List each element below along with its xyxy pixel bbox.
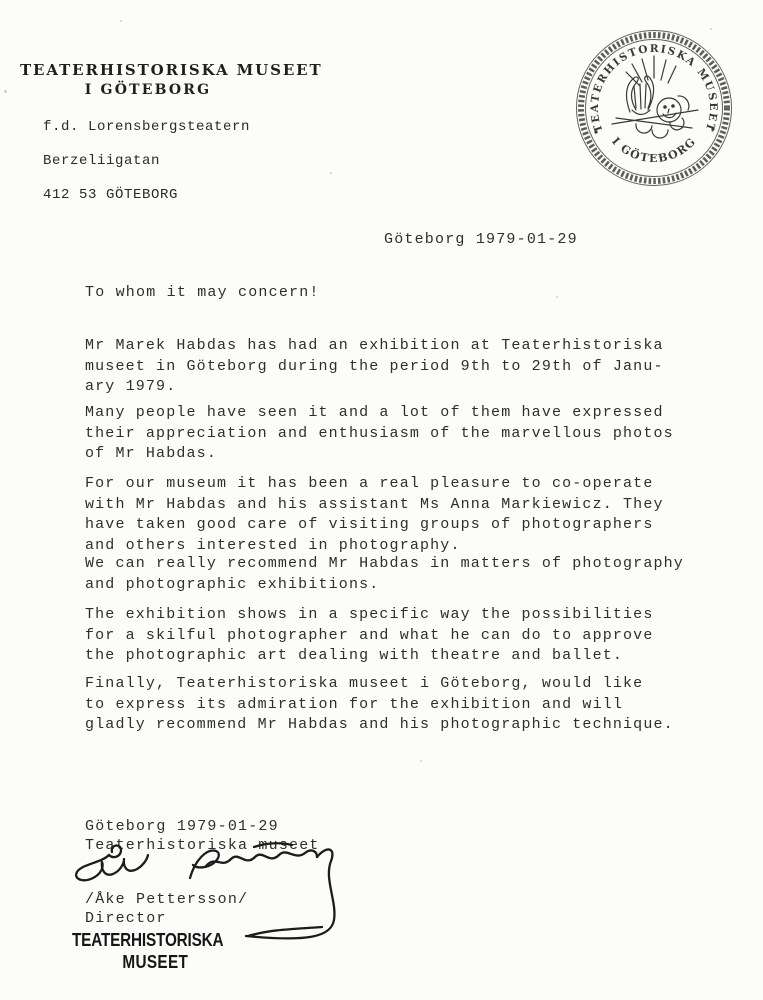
paragraph-5: The exhibition shows in a specific way t… (85, 605, 725, 667)
paragraph-1: Mr Marek Habdas has had an exhibition at… (85, 336, 725, 398)
seal-ring-text-bottom: I GÖTEBORG (609, 135, 699, 165)
stamp-line2: MUSEET (72, 952, 239, 973)
seal-separator-dot-right (711, 127, 714, 130)
date-line: Göteborg 1979-01-29 (384, 231, 578, 248)
scan-speck (710, 28, 712, 30)
paragraph-4: We can really recommend Mr Habdas in mat… (85, 554, 725, 595)
scan-speck (330, 172, 332, 174)
museum-seal-icon: TEATERHISTORISKA MUSEET I GÖTEBORG (572, 26, 736, 190)
letterhead-address: f.d. Lorensbergsteatern Berzeliigatan 41… (43, 102, 250, 221)
paragraph-2: Many people have seen it and a lot of th… (85, 403, 725, 465)
museum-rubber-stamp: TEATERHISTORISKA MUSEET (72, 930, 242, 973)
letterhead-org-city: I GÖTEBORG (20, 82, 276, 98)
scan-speck (556, 296, 558, 298)
stamp-line1: TEATERHISTORISKA (72, 930, 242, 951)
scan-speck (120, 20, 122, 22)
paragraph-3: For our museum it has been a real pleasu… (85, 474, 725, 556)
signatory-name: /Åke Pettersson/ (85, 891, 248, 908)
letter-page: TEATERHISTORISKA MUSEET I GÖTEBORG f.d. … (0, 0, 763, 1000)
salutation: To whom it may concern! (85, 284, 320, 301)
signatory-title: Director (85, 910, 167, 927)
letterhead-address-line3: 412 53 GÖTEBORG (43, 187, 250, 204)
closing-place-date: Göteborg 1979-01-29 (85, 818, 279, 835)
letterhead-address-line2: Berzeliigatan (43, 153, 250, 170)
seal-center-art (612, 56, 698, 138)
letterhead-address-line1: f.d. Lorensbergsteatern (43, 119, 250, 136)
scan-speck (4, 90, 7, 93)
seal-separator-dot-left (594, 130, 597, 133)
paragraph-6: Finally, Teaterhistoriska museet i Göteb… (85, 674, 725, 736)
svg-text:I GÖTEBORG: I GÖTEBORG (609, 135, 699, 165)
scan-speck (420, 760, 422, 762)
letterhead-org-name: TEATERHISTORISKA MUSEET (20, 61, 276, 79)
